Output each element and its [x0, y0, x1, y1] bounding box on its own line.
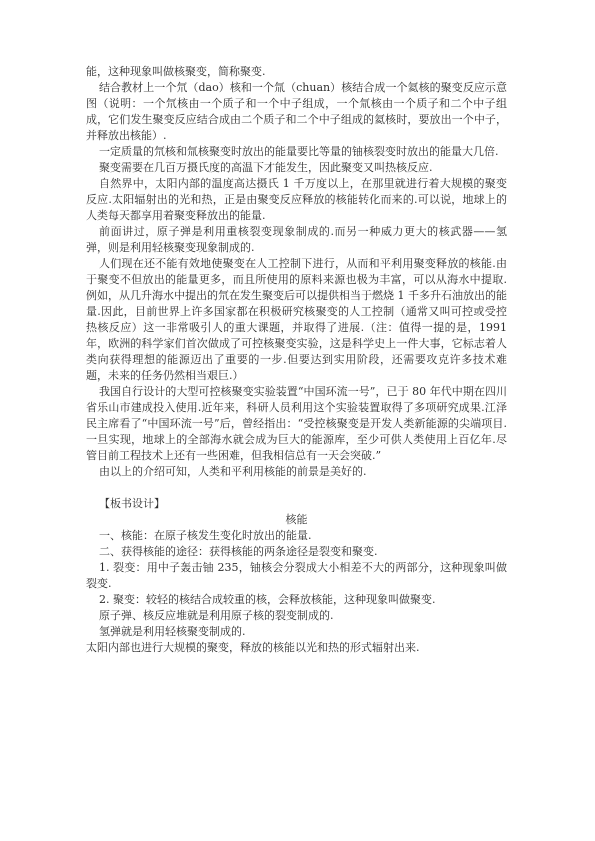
- document-body: 能，这种现象叫做核聚变，简称聚变. 结合教材上一个氘（dao）核和一个氚（chu…: [86, 64, 507, 656]
- paragraph: 结合教材上一个氘（dao）核和一个氚（chuan）核结合成一个氦核的聚变反应示意…: [86, 80, 507, 144]
- board-line: 原子弹、核反应堆就是利用原子核的裂变制成的.: [86, 608, 507, 624]
- board-line: 氢弹就是利用轻核聚变制成的.: [86, 624, 507, 640]
- paragraph: 一定质量的氘核和氚核聚变时放出的能量要比等量的铀核裂变时放出的能量大几倍.: [86, 144, 507, 160]
- paragraph: 由以上的介绍可知，人类和平利用核能的前景是美好的.: [86, 464, 507, 480]
- board-line: 2. 聚变：较轻的核结合成较重的核，会释放核能，这种现象叫做聚变.: [86, 592, 507, 608]
- paragraph: 聚变需要在几百万摄氏度的高温下才能发生，因此聚变又叫热核反应.: [86, 160, 507, 176]
- board-line-flush: 太阳内部也进行大规模的聚变，释放的核能以光和热的形式辐射出来.: [86, 640, 507, 656]
- board-line: 一、核能：在原子核发生变化时放出的能量.: [86, 528, 507, 544]
- paragraph-continuation: 能，这种现象叫做核聚变，简称聚变.: [86, 64, 507, 80]
- board-line: 1. 裂变：用中子轰击铀 235，铀核会分裂成大小相差不大的两部分，这种现象叫做…: [86, 560, 507, 592]
- paragraph: 人们现在还不能有效地使聚变在人工控制下进行，从而和平利用聚变释放的核能.由于聚变…: [86, 256, 507, 384]
- board-design-title: 核能: [86, 512, 507, 528]
- paragraph: 前面讲过，原子弹是利用重核裂变现象制成的.而另一种威力更大的核武器——氢弹，则是…: [86, 224, 507, 256]
- paragraph: 我国自行设计的大型可控核聚变实验装置“中国环流一号”，已于 80 年代中期在四川…: [86, 384, 507, 464]
- board-line: 二、获得核能的途径：获得核能的两条途径是裂变和聚变.: [86, 544, 507, 560]
- board-design-heading: 【板书设计】: [86, 496, 507, 512]
- document-page: 能，这种现象叫做核聚变，简称聚变. 结合教材上一个氘（dao）核和一个氚（chu…: [0, 0, 595, 841]
- paragraph: 自然界中，太阳内部的温度高达摄氏 1 千万度以上，在那里就进行着大规模的聚变反应…: [86, 176, 507, 224]
